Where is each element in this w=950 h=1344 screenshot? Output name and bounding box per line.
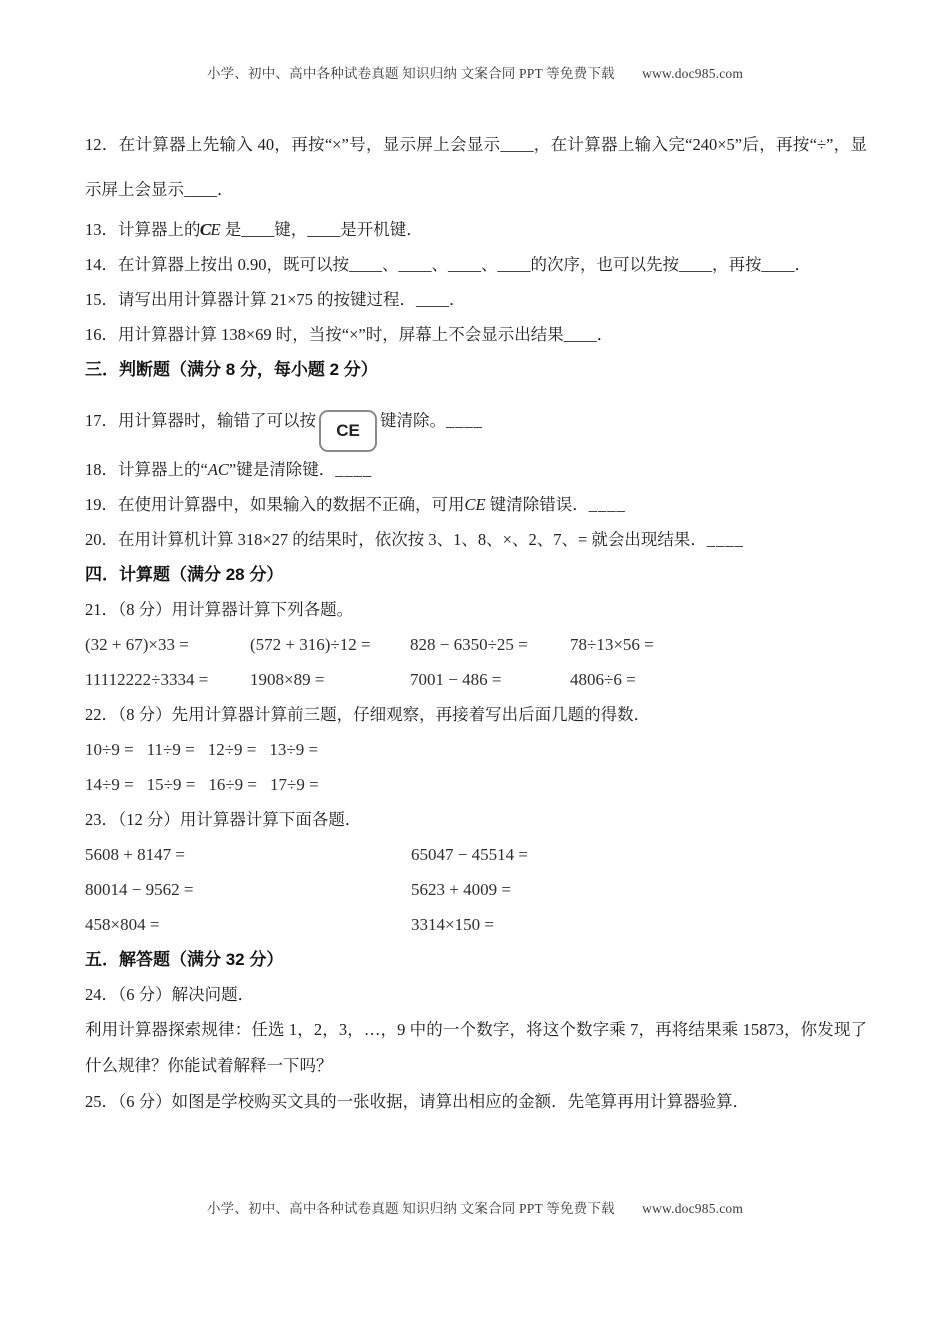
equation-cell: 458×804 =	[85, 907, 411, 942]
answer-blank: ____	[335, 460, 372, 479]
equation-cell: 828 − 6350÷25 =	[410, 627, 570, 662]
equation-cell: 1908×89 =	[250, 662, 410, 697]
equation-cell: (572 + 316)÷12 =	[250, 627, 410, 662]
question-24-title: 24．（6 分）解决问题．	[85, 977, 867, 1012]
question-12: 12．在计算器上先输入 40，再按“×”号，显示屏上会显示____，在计算器上输…	[85, 122, 867, 212]
question-13: 13．计算器上的CCE 是____键，____是开机键．	[85, 212, 867, 247]
question-17-text-post: 键清除。	[380, 411, 446, 430]
calculator-key-ac-glyph: AC	[208, 460, 229, 479]
calculator-key-ce-glyph: CE	[200, 220, 221, 239]
equation-cell: 13÷9 =	[269, 732, 318, 767]
answer-blank: ____	[589, 495, 626, 514]
equation-cell: 80014 − 9562 =	[85, 872, 411, 907]
equation-cell: 14÷9 =	[85, 767, 134, 802]
question-22-equation-row: 10÷9 = 11÷9 = 12÷9 = 13÷9 =	[85, 732, 867, 767]
question-20-text: 20．在用计算机计算 318×27 的结果时，依次按 3、1、8、×、2、7、=…	[85, 530, 707, 549]
question-22-equation-row: 14÷9 = 15÷9 = 16÷9 = 17÷9 =	[85, 767, 867, 802]
question-24-body: 利用计算器探索规律：任选 1，2，3，…，9 中的一个数字，将这个数字乘 7，再…	[85, 1012, 867, 1084]
document-content: 12．在计算器上先输入 40，再按“×”号，显示屏上会显示____，在计算器上输…	[85, 122, 867, 1119]
question-18-text-post: ”键是清除键．	[229, 460, 335, 479]
equation-cell: 4806÷6 =	[570, 662, 867, 697]
equation-cell: (32 + 67)×33 =	[85, 627, 250, 662]
document-page: 小学、初中、高中各种试卷真题 知识归纳 文案合同 PPT 等免费下载 www.d…	[0, 0, 950, 1344]
calculator-key-ce-glyph: CE	[465, 495, 486, 514]
equation-cell: 5608 + 8147 =	[85, 837, 411, 872]
question-22-title: 22．（8 分）先用计算器计算前三题，仔细观察，再接着写出后面几题的得数．	[85, 697, 867, 732]
answer-blank: ____	[446, 411, 483, 430]
equation-cell: 17÷9 =	[270, 767, 319, 802]
question-23-equation-grid: 5608 + 8147 = 65047 − 45514 = 80014 − 95…	[85, 837, 867, 942]
question-25: 25．（6 分）如图是学校购买文具的一张收据，请算出相应的金额．先笔算再用计算器…	[85, 1084, 867, 1119]
question-15: 15．请写出用计算器计算 21×75 的按键过程．____．	[85, 282, 867, 317]
question-20: 20．在用计算机计算 318×27 的结果时，依次按 3、1、8、×、2、7、=…	[85, 522, 867, 557]
answer-blank: ____	[707, 530, 744, 549]
ce-key-image: CE	[319, 410, 377, 452]
question-21-title: 21．（8 分）用计算器计算下列各题。	[85, 592, 867, 627]
page-footer: 小学、初中、高中各种试卷真题 知识归纳 文案合同 PPT 等免费下载 www.d…	[0, 1197, 950, 1217]
equation-cell: 16÷9 =	[208, 767, 257, 802]
equation-cell: 3314×150 =	[411, 907, 867, 942]
section-3-heading: 三．判断题（满分 8 分，每小题 2 分）	[85, 352, 867, 387]
section-4-heading: 四．计算题（满分 28 分）	[85, 557, 867, 592]
equation-cell: 78÷13×56 =	[570, 627, 867, 662]
question-19-text-post: 键清除错误．	[486, 495, 589, 514]
equation-cell: 15÷9 =	[147, 767, 196, 802]
equation-cell: 5623 + 4009 =	[411, 872, 867, 907]
equation-cell: 12÷9 =	[208, 732, 257, 767]
question-17-text-pre: 17．用计算器时，输错了可以按	[85, 411, 316, 430]
question-17: 17．用计算器时，输错了可以按CE键清除。____	[85, 387, 867, 452]
section-5-heading: 五．解答题（满分 32 分）	[85, 942, 867, 977]
equation-cell: 7001 − 486 =	[410, 662, 570, 697]
equation-cell: 11÷9 =	[147, 732, 195, 767]
question-14: 14．在计算器上按出 0.90，既可以按____、____、____、____的…	[85, 247, 867, 282]
question-23-title: 23．（12 分）用计算器计算下面各题．	[85, 802, 867, 837]
question-18-text-pre: 18．计算器上的“	[85, 460, 208, 479]
page-header: 小学、初中、高中各种试卷真题 知识归纳 文案合同 PPT 等免费下载 www.d…	[0, 62, 950, 82]
question-13-text-pre: 13．计算器上的	[85, 220, 201, 239]
question-21-equation-grid: (32 + 67)×33 = (572 + 316)÷12 = 828 − 63…	[85, 627, 867, 697]
question-19: 19．在使用计算器中，如果输入的数据不正确，可用CE 键清除错误．____	[85, 487, 867, 522]
question-13-text-post: 是____键，____是开机键．	[221, 220, 423, 239]
equation-cell: 11112222÷3334 =	[85, 662, 250, 697]
question-18: 18．计算器上的“AC”键是清除键．____	[85, 452, 867, 487]
question-19-text-pre: 19．在使用计算器中，如果输入的数据不正确，可用	[85, 495, 465, 514]
equation-cell: 65047 − 45514 =	[411, 837, 867, 872]
question-16: 16．用计算器计算 138×69 时，当按“×”时，屏幕上不会显示出结果____…	[85, 317, 867, 352]
equation-cell: 10÷9 =	[85, 732, 134, 767]
